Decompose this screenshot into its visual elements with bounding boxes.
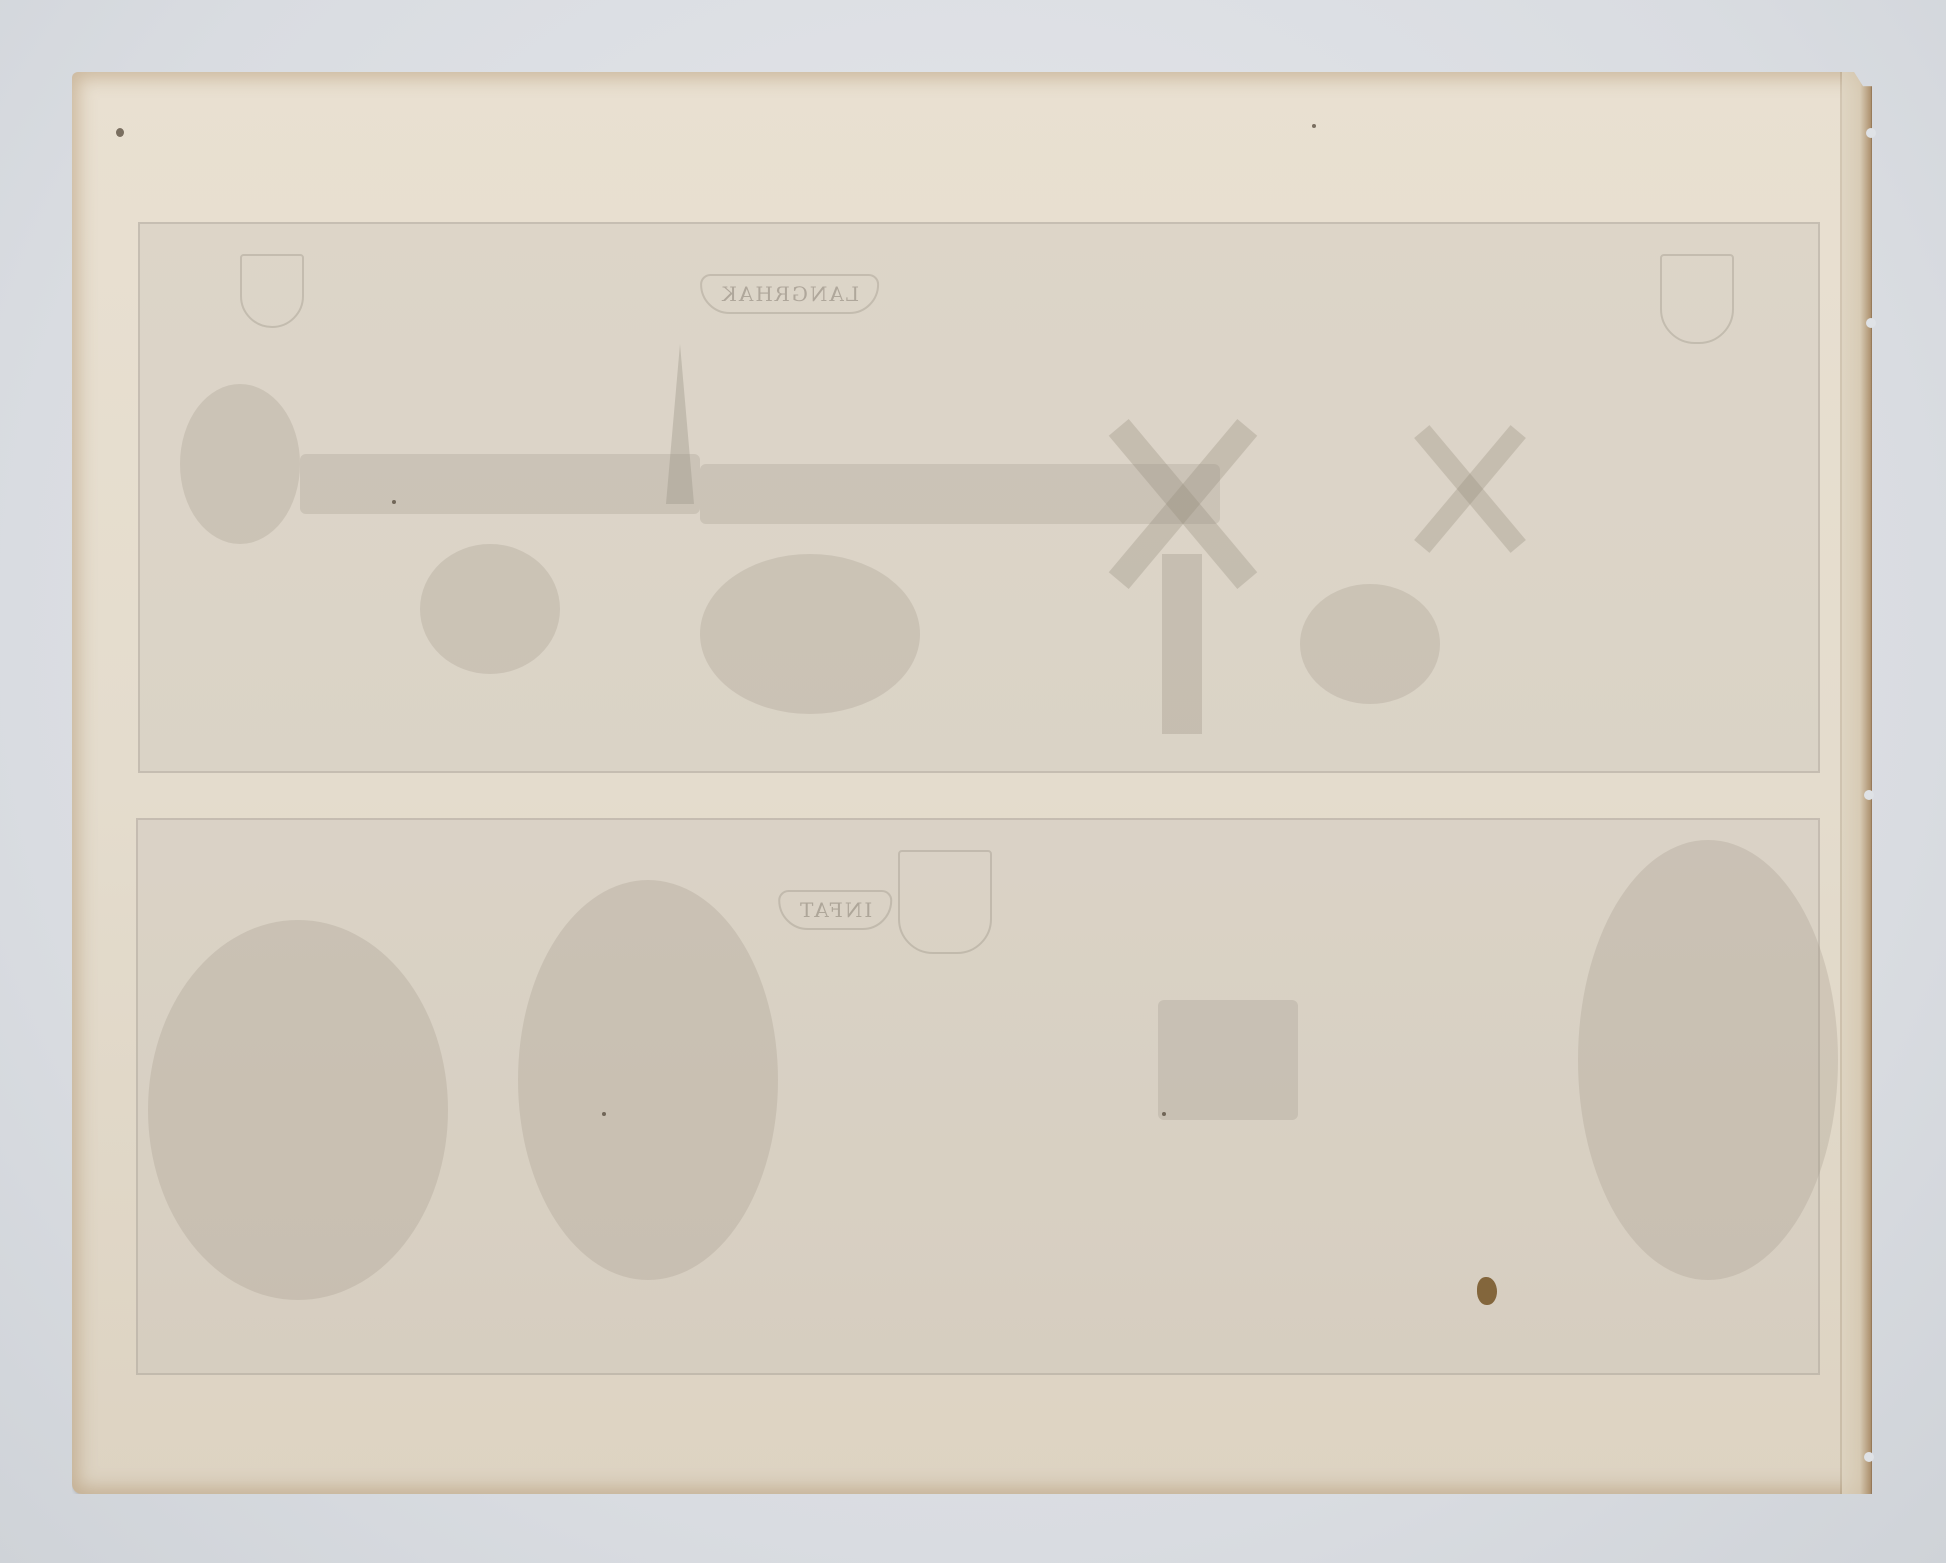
tree-icon [1578,840,1838,1280]
foxing-speck [116,128,124,137]
foxing-speck [602,1112,606,1116]
tree-icon [1300,584,1440,704]
bottom-plate-impression: INFAT [136,818,1820,1375]
coat-of-arms-icon [1660,254,1734,344]
tree-icon [518,880,778,1280]
tree-icon [700,554,920,714]
foxing-speck [392,500,396,504]
paper-sheet: LANGRHAK INFAT [72,72,1872,1494]
small-arms-left-icon [240,254,304,328]
binding-edge [1842,72,1872,1494]
brown-stain [1477,1277,1497,1305]
tree-icon [148,920,448,1300]
tree-icon [420,544,560,674]
chapel-icon [1158,1000,1298,1120]
bottom-coat-of-arms-icon [898,850,992,954]
tree-icon [180,384,300,544]
foxing-speck [1312,124,1316,128]
top-plate-impression: LANGRHAK [138,222,1820,773]
bottom-title-cartouche: INFAT [778,890,892,930]
top-title-text: LANGRHAK [720,282,859,306]
town-skyline-left [300,454,700,514]
edge-notch [1864,1452,1874,1462]
bottom-title-text: INFAT [798,898,872,922]
foxing-speck [1162,1112,1166,1116]
edge-notch [1866,128,1876,138]
edge-notch [1864,790,1874,800]
edge-notch [1866,318,1876,328]
top-title-cartouche: LANGRHAK [700,274,879,314]
